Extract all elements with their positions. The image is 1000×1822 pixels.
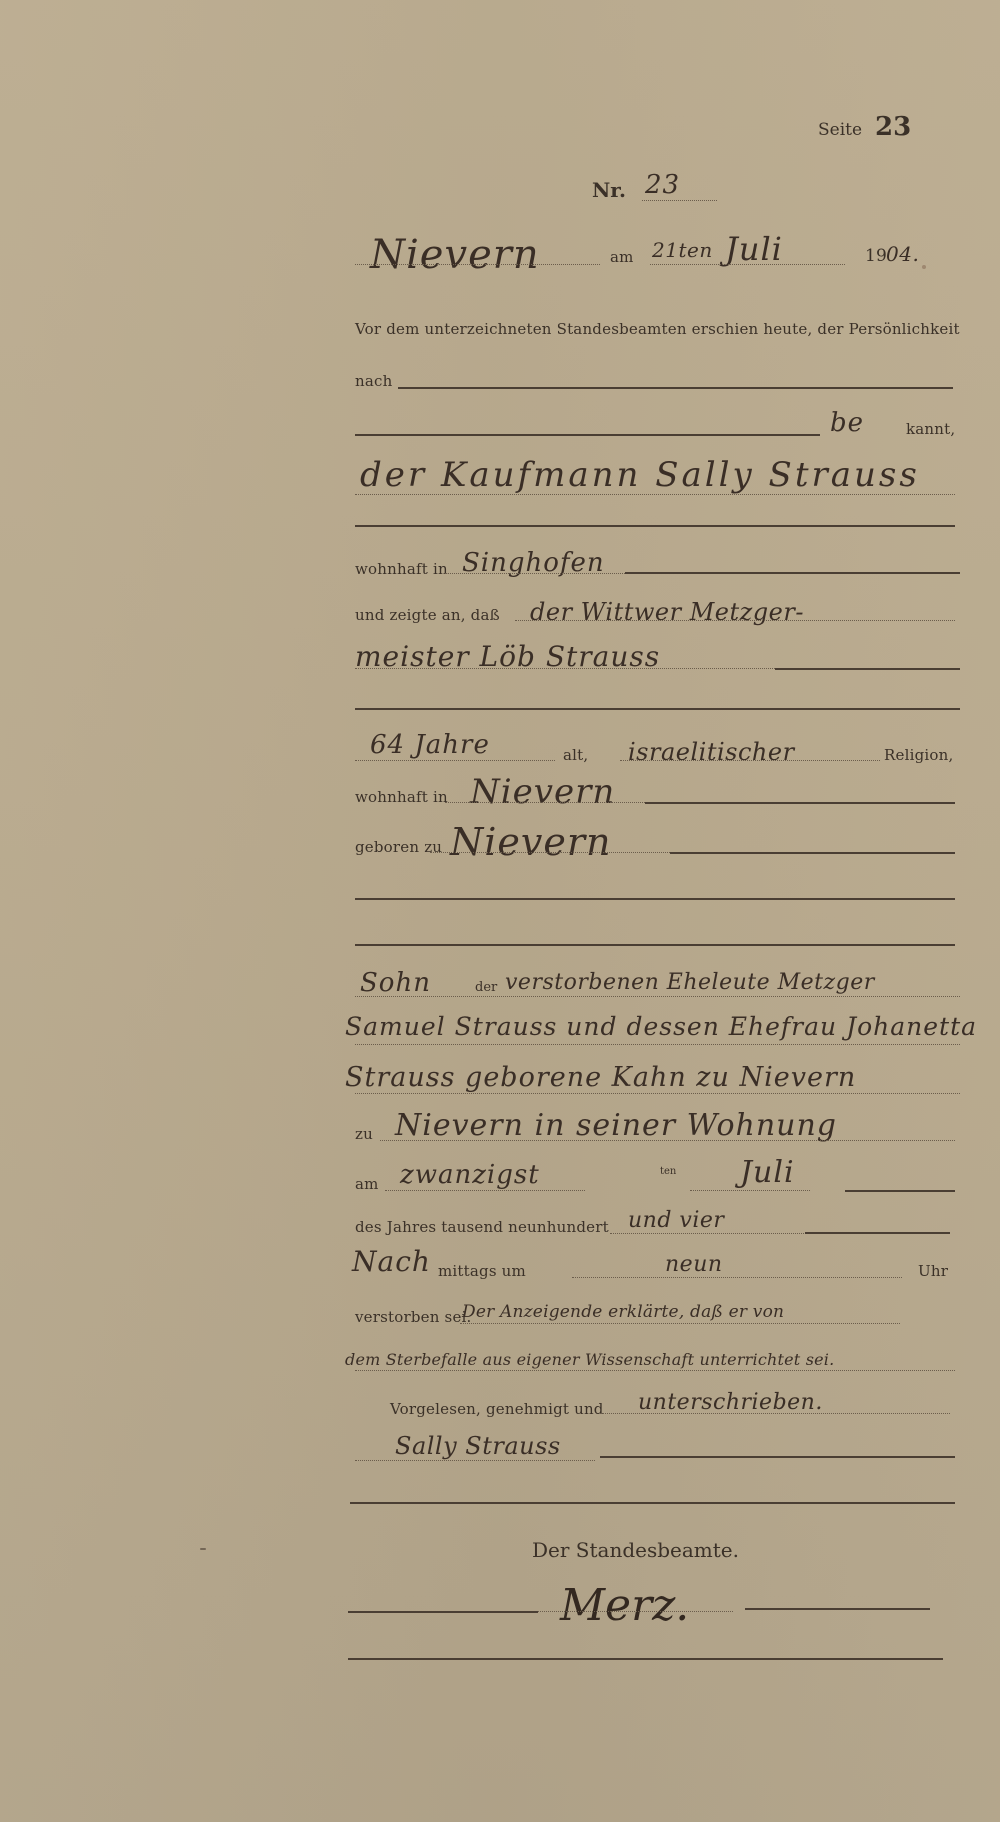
report-line-2-dots <box>355 668 775 669</box>
report-rule <box>355 708 960 710</box>
deceased-residence-dots <box>445 802 645 803</box>
ten-label: ten <box>660 1166 676 1177</box>
place-line <box>355 264 600 265</box>
registrar-signature: Merz. <box>560 1580 689 1631</box>
uhr-label: Uhr <box>918 1262 948 1280</box>
death-hour-dots <box>572 1277 902 1278</box>
parents-line-1-dots <box>355 996 960 997</box>
known-suffix-hand: be <box>830 408 864 438</box>
parents-line-3-dots <box>355 1093 960 1094</box>
registry-month: Juli <box>725 230 783 268</box>
blank-rule-1 <box>355 898 955 900</box>
birthplace-label: geboren zu <box>355 838 442 856</box>
entry-number-label: Nr. <box>592 178 626 202</box>
registry-place: Nievern <box>370 232 540 278</box>
informant-residence-line <box>625 572 960 574</box>
known-line <box>355 434 820 436</box>
death-year: und vier <box>628 1208 724 1233</box>
death-place: Nievern in seiner Wohnung <box>395 1108 837 1143</box>
informant-rule <box>355 525 955 527</box>
death-year-rule <box>805 1232 950 1234</box>
deceased-residence: Nievern <box>470 772 615 812</box>
deceased-residence-label: wohnhaft in <box>355 788 448 806</box>
death-day-label: am <box>355 1175 379 1193</box>
closing-note-line-2: dem Sterbefalle aus eigener Wissenschaft… <box>345 1350 834 1369</box>
deceased-age: 64 Jahre <box>370 730 490 760</box>
bottom-rule <box>348 1658 943 1660</box>
approval-dots <box>600 1413 950 1414</box>
report-line-1 <box>515 620 955 621</box>
year-label: des Jahres tausend neunhundert <box>355 1218 609 1236</box>
registrar-line-right <box>745 1608 930 1610</box>
birthplace-dots <box>430 852 670 853</box>
informant-signature-line <box>600 1456 955 1458</box>
informant-residence-dots <box>445 573 625 574</box>
parents-line-1: verstorbenen Eheleute Metzger <box>505 970 875 995</box>
time-prefix: Nach <box>352 1245 431 1278</box>
entry-number: 23 <box>645 170 680 200</box>
death-month-dots <box>690 1190 810 1191</box>
registrar-line-left <box>348 1611 538 1613</box>
registrar-dots <box>538 1611 733 1612</box>
known-suffix-print: kannt, <box>906 420 955 438</box>
approval-value: unterschrieben. <box>638 1390 823 1415</box>
am-label: am <box>610 248 634 266</box>
birthplace-line <box>670 852 955 854</box>
informant-line <box>355 494 955 495</box>
religion-label: Religion, <box>884 746 953 764</box>
report-label: und zeigte an, daß <box>355 606 500 624</box>
registrar-title: Der Standesbeamte. <box>532 1538 739 1562</box>
year-suffix: 04. <box>886 242 919 266</box>
death-month: Juli <box>740 1155 795 1190</box>
nach-label: nach <box>355 372 392 390</box>
death-hour: neun <box>665 1252 723 1277</box>
intro-text: Vor dem unterzeichneten Standesbeamten e… <box>355 320 960 338</box>
death-place-label: zu <box>355 1125 373 1143</box>
report-line-2-rule <box>775 668 960 670</box>
age-line <box>355 760 555 761</box>
entry-number-line <box>642 200 717 201</box>
date-line <box>650 264 845 265</box>
page-label: Seite <box>818 120 862 140</box>
religion-line <box>620 760 880 761</box>
blank-rule-2 <box>355 944 955 946</box>
deceased-birthplace: Nievern <box>450 820 612 864</box>
time-label: mittags um <box>438 1262 526 1280</box>
parents-line-3: Strauss geborene Kahn zu Nievern <box>345 1062 856 1093</box>
paper-mark <box>200 1548 206 1550</box>
informant-name: der Kaufmann Sally Strauss <box>360 455 920 495</box>
death-place-dots <box>380 1140 955 1141</box>
closing-note-dots-1 <box>460 1323 900 1324</box>
deceased-line-1: der Wittwer Metzger- <box>530 598 804 626</box>
verstorben-label: verstorben sei. <box>355 1308 472 1326</box>
informant-signature-dots <box>355 1460 595 1461</box>
informant-residence-label: wohnhaft in <box>355 560 448 578</box>
informant-signature: Sally Strauss <box>395 1432 561 1460</box>
death-month-rule <box>845 1190 955 1192</box>
deceased-religion: israelitischer <box>628 738 795 766</box>
closing-note-line-1: Der Anzeigende erklärte, daß er von <box>462 1302 784 1322</box>
death-day-dots <box>385 1190 585 1191</box>
death-year-dots <box>610 1233 810 1234</box>
age-label: alt, <box>563 746 588 764</box>
registry-day: 21ten <box>652 238 713 262</box>
parents-line-2: Samuel Strauss und dessen Ehefrau Johane… <box>345 1012 977 1041</box>
deceased-residence-line <box>645 802 955 804</box>
paper-speck <box>922 265 926 269</box>
closing-rule <box>350 1502 955 1504</box>
nach-line <box>398 387 953 389</box>
parents-der-label: der <box>475 980 497 995</box>
approval-label: Vorgelesen, genehmigt und <box>390 1400 604 1418</box>
year-prefix: 19 <box>865 246 887 266</box>
death-day: zwanzigst <box>400 1160 540 1190</box>
parents-son: Sohn <box>360 968 431 998</box>
register-page: Seite 23 Nr. 23 Nievern am 21ten Juli 19… <box>0 0 1000 1822</box>
parents-line-2-dots <box>355 1044 960 1045</box>
closing-note-dots-2 <box>355 1370 955 1371</box>
page-number: 23 <box>875 112 911 142</box>
